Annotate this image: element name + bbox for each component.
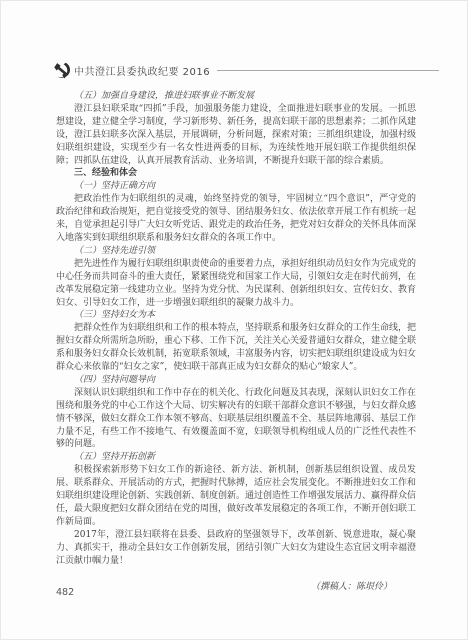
- contributor-credit: （撰稿人：陈垠伶）: [56, 581, 416, 594]
- running-head-title: 中共澄江县委执政纪要 2016: [74, 63, 210, 78]
- paragraph-problems: 深刻认识妇联组织和工作中存在的机关化、行政化问题及其表现，深刻认识妇女工作在围绕…: [56, 387, 416, 452]
- subheading-2-advanced-leading: （二）坚持先进引领: [56, 245, 416, 258]
- cpc-party-emblem-icon: [54, 62, 71, 79]
- page-number: 482: [56, 587, 74, 598]
- paragraph-political-nature: 把政治性作为妇联组织的灵魂，始终坚持党的领导，牢固树立“四个意识”，严守党的政治…: [56, 193, 416, 245]
- running-head-rule: [217, 70, 439, 71]
- paragraph-mass-nature: 把群众性作为妇联组织和工作的根本特点，坚持联系和服务妇女群众的工作生命线，把握妇…: [56, 322, 416, 374]
- paragraph-four-grasps: 澄江县妇联采取“四抓”手段，加强服务能力建设，全面推进妇联事业的发展。一抓思想建…: [56, 103, 416, 168]
- subheading-1-correct-direction: （一）坚持正确方向: [56, 180, 416, 193]
- paragraph-innovation: 积极探索新形势下妇女工作的新途径、新方法、新机制，创新基层组织设置、成员发展、联…: [56, 464, 416, 529]
- running-head: 中共澄江县委执政纪要 2016: [54, 61, 439, 79]
- subheading-4-problem-oriented: （四）坚持问题导向: [56, 374, 416, 387]
- scanned-book-page: 中共澄江县委执政纪要 2016 （五）加强自身建设，推进妇联事业不断发展 澄江县…: [0, 0, 468, 640]
- page-body-text: （五）加强自身建设，推进妇联事业不断发展 澄江县妇联采取“四抓”手段，加强服务能…: [56, 90, 416, 593]
- section-heading-experience: 三、经验和体会: [56, 167, 416, 180]
- paragraph-advanced-nature: 把先进性作为履行妇联组织职责使命的重要着力点，承担好组织动员妇女作为完成党的中心…: [56, 258, 416, 310]
- subheading-3-women-oriented: （三）坚持妇女为本: [56, 309, 416, 322]
- subheading-5-innovation: （五）坚持开拓创新: [56, 451, 416, 464]
- subheading-5-self-construction: （五）加强自身建设，推进妇联事业不断发展: [56, 90, 416, 103]
- paragraph-2017-outlook: 2017年，澄江县妇联将在县委、县政府的坚强领导下，改革创新、锐意进取，凝心聚力…: [56, 529, 416, 568]
